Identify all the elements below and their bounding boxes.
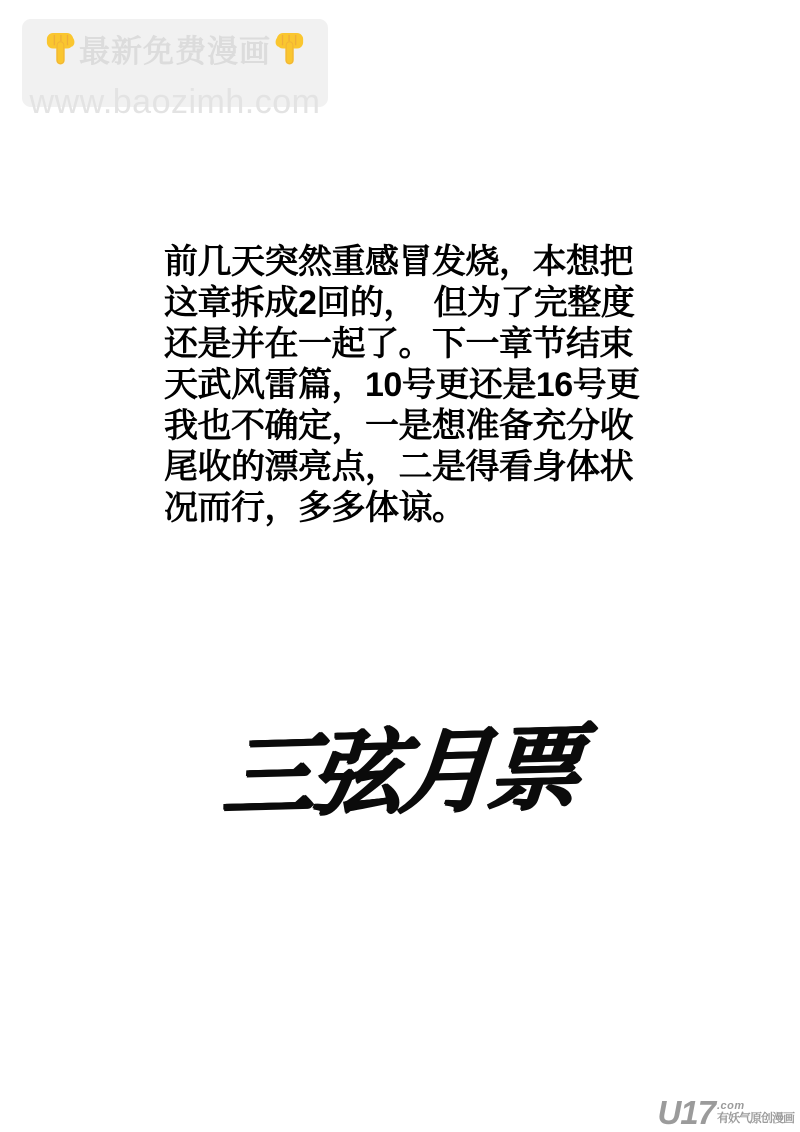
watermark-title: 最新免费漫画: [79, 26, 271, 71]
author-note-line: 还是并在一起了。下一章节结束: [164, 324, 654, 365]
u17-logo-right-column: .com 有妖气原创漫画: [717, 1101, 794, 1125]
author-note: 前几天突然重感冒发烧，本想把 这章拆成2回的， 但为了完整度 还是并在一起了。下…: [164, 242, 654, 529]
watermark-title-row: 最新免费漫画: [22, 26, 328, 71]
site-watermark: 最新免费漫画 www.baozimh.com: [22, 19, 328, 107]
pointing-down-emoji: [275, 30, 305, 67]
author-note-line: 尾收的漂亮点，二是得看身体状: [164, 447, 654, 488]
u17-publisher-logo: U17 .com 有妖气原创漫画: [657, 1098, 794, 1128]
pointing-down-emoji: [45, 30, 75, 67]
u17-tagline: 有妖气原创漫画: [717, 1112, 794, 1125]
author-note-line: 这章拆成2回的， 但为了完整度: [164, 283, 654, 324]
watermark-url: www.baozimh.com: [22, 85, 328, 119]
calligraphy-monthly-ticket: 三弦月票: [0, 692, 800, 853]
author-note-line: 况而行，多多体谅。: [164, 488, 654, 529]
u17-brand-text: U17: [657, 1098, 715, 1128]
comic-page: 最新免费漫画 www.baozimh.com 前几天突然重感冒发烧，本想把 这章…: [0, 0, 800, 1132]
author-note-line: 天武风雷篇，10号更还是16号更: [164, 365, 654, 406]
author-note-line: 我也不确定，一是想准备充分收: [164, 406, 654, 447]
author-note-line: 前几天突然重感冒发烧，本想把: [164, 242, 654, 283]
